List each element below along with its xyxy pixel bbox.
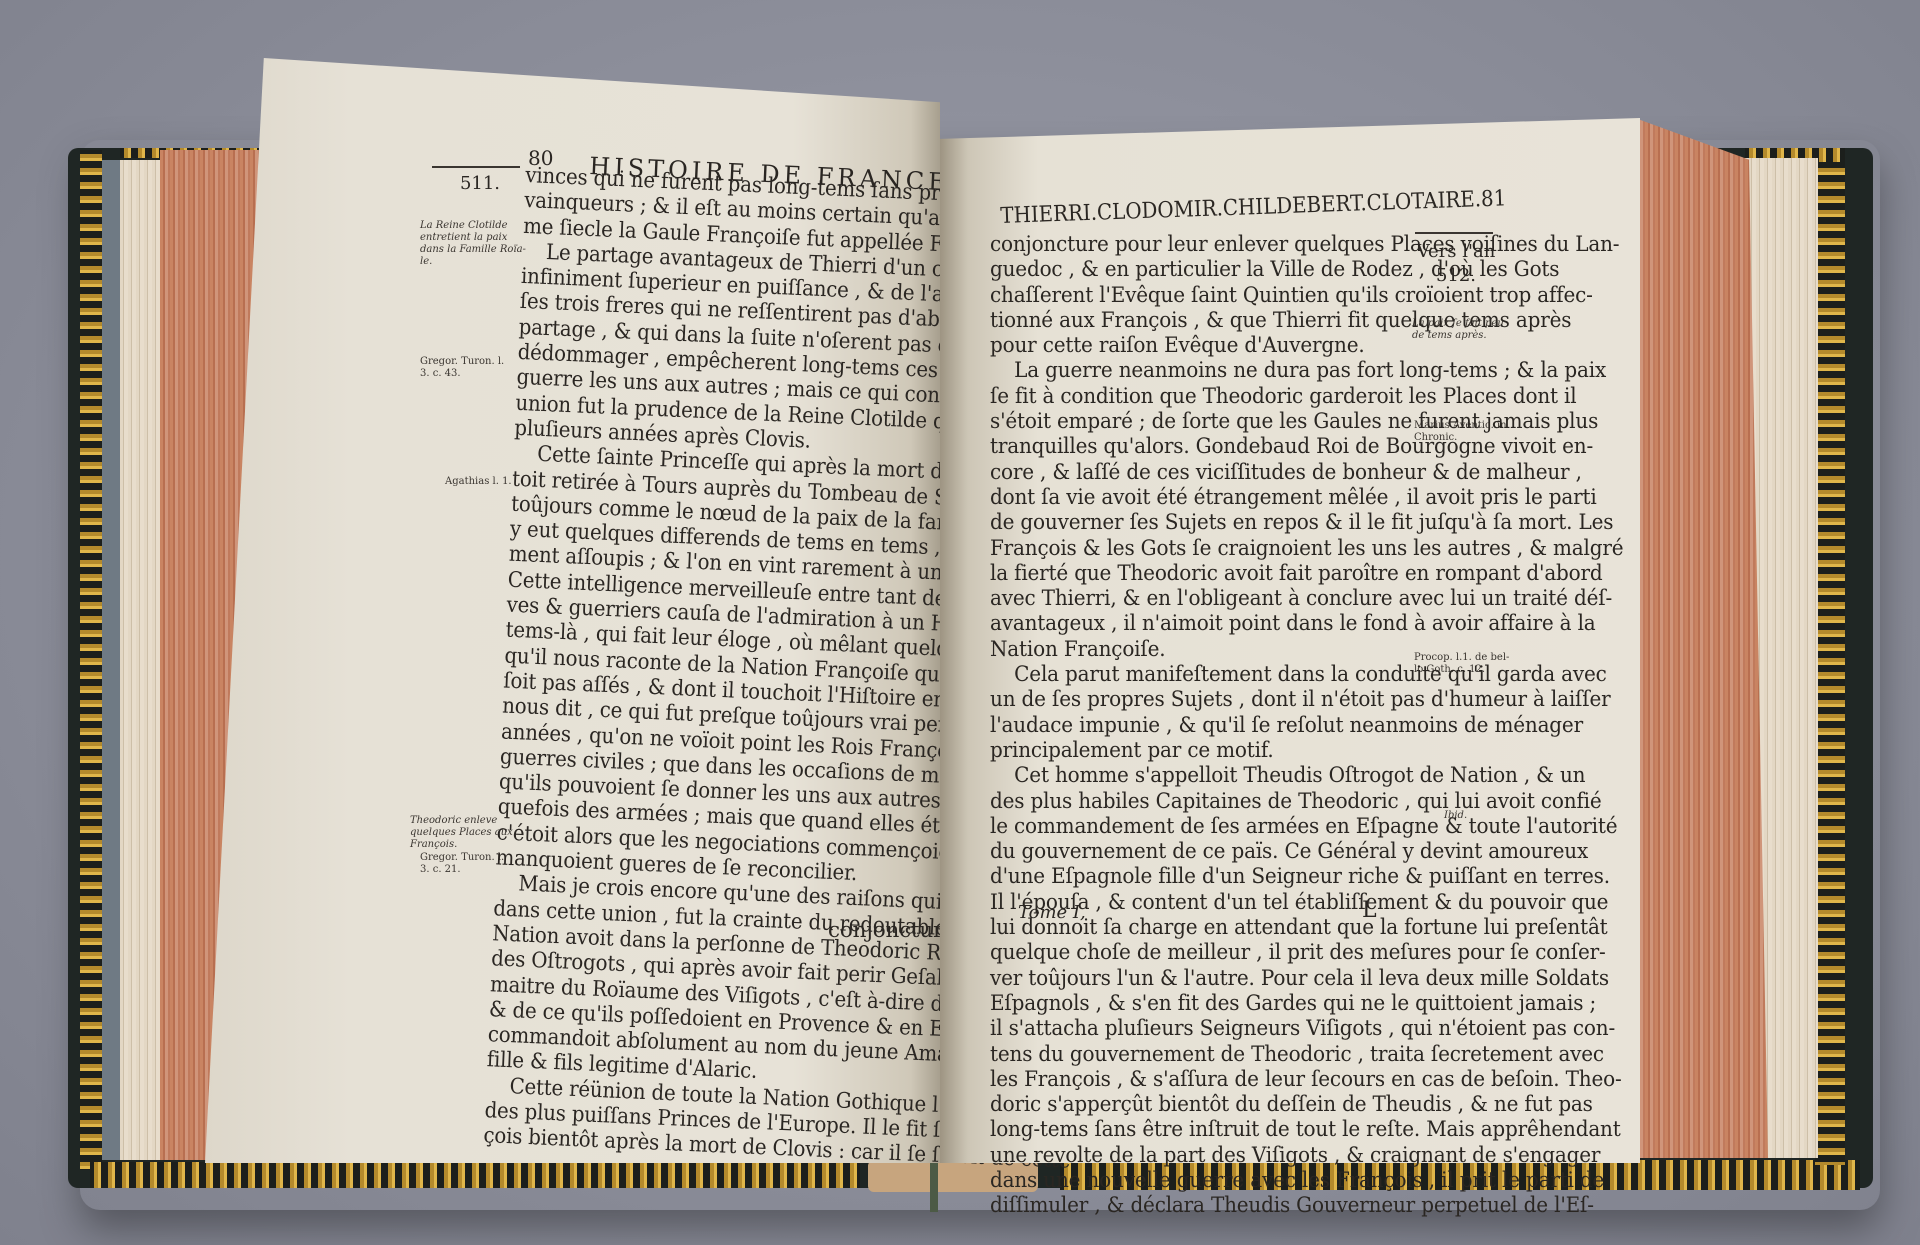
text-line: conjoncture pour leur enlever quelques P…: [990, 232, 1399, 257]
left-margin-note-2: Gregor. Turon. l. 3. c. 43.: [420, 356, 504, 380]
text-line: Cet homme s'appelloit Theudis Oſtrogot d…: [990, 763, 1399, 788]
right-page-body: conjoncture pour leur enlever quelques P…: [990, 232, 1399, 1219]
text-line: La guerre neanmoins ne dura pas fort lon…: [990, 358, 1399, 383]
text-line: s'étoit emparé ; de ſorte que les Gaules…: [990, 409, 1399, 434]
left-margin-note-3: Agathias l. 1.: [445, 476, 512, 488]
text-line: Nation Françoiſe.: [990, 637, 1399, 662]
text-line: doric s'apperçût bientôt du deſſein de T…: [990, 1092, 1399, 1117]
text-line: tens du gouvernement de Theodoric , trai…: [990, 1042, 1399, 1067]
text-line: François & les Gots ſe craignoient les u…: [990, 536, 1399, 561]
text-line: diſſimuler , & déclara Theudis Gouverneu…: [990, 1193, 1399, 1218]
left-gilt-border: [80, 150, 102, 1170]
bottom-gilt-border-left: [90, 1162, 860, 1188]
left-margin-note-1: La Reine Clotilde entretient la paix dan…: [420, 220, 526, 268]
text-line: un de ſes propres Sujets , dont il n'éto…: [990, 687, 1399, 712]
left-margin-note-5: Gregor. Turon. l. 3. c. 21.: [420, 852, 504, 876]
left-year: 511.: [440, 172, 520, 196]
text-line: long-tems ſans être inſtruit de tout le …: [990, 1117, 1399, 1142]
text-line: guedoc , & en particulier la Ville de Ro…: [990, 257, 1399, 282]
text-line: pour cette raiſon Evêque d'Auvergne.: [990, 333, 1399, 358]
text-line: l'audace impunie , & qu'il ſe reſolut ne…: [990, 713, 1399, 738]
right-gilt-border: [1815, 150, 1845, 1165]
left-endpaper: [102, 160, 120, 1160]
text-line: ſe fit à condition que Theodoric gardero…: [990, 384, 1399, 409]
text-line: d'une Eſpagnole fille d'un Seigneur rich…: [990, 864, 1399, 889]
text-line: Cela parut manifeſtement dans la conduit…: [990, 662, 1399, 687]
text-line: core , & laſſé de ces viciſſitudes de bo…: [990, 460, 1399, 485]
text-line: avec Thierri, & en l'obligeant à conclur…: [990, 586, 1399, 611]
text-line: ver toûjours l'un & l'autre. Pour cela i…: [990, 966, 1399, 991]
text-line: les François , & s'aſſura de leur ſecour…: [990, 1067, 1399, 1092]
text-line: Eſpagnols , & s'en fit des Gardes qui ne…: [990, 991, 1399, 1016]
text-line: de gouverner ſes Sujets en repos & il le…: [990, 510, 1399, 535]
text-line: le commandement de ſes armées en Eſpagne…: [990, 814, 1399, 839]
text-line: quelque choſe de meilleur , il prit des …: [990, 940, 1399, 965]
text-line: il s'attacha pluſieurs Seigneurs Viſigot…: [990, 1016, 1399, 1041]
text-line: tranquilles qu'alors. Gondebaud Roi de B…: [990, 434, 1399, 459]
text-line: une revolte de la part des Viſigots , & …: [990, 1143, 1399, 1168]
signature-mark: L: [1362, 898, 1377, 923]
text-line: dans une nouvelle guerre avec les Franço…: [990, 1168, 1399, 1193]
right-page-number: 81: [1481, 186, 1507, 212]
text-line: des plus habiles Capitaines de Theodoric…: [990, 789, 1399, 814]
footer-volume: Tome I,: [1018, 902, 1086, 923]
text-line: principalement par ce motif.: [990, 738, 1399, 763]
left-page-body: vinces qui ne furent pas long-tems ſans …: [483, 163, 890, 1165]
left-catchword: conjoncture: [828, 918, 956, 943]
left-year-rule: [432, 166, 520, 168]
text-line: avantageux , il n'aimoit point dans le f…: [990, 611, 1399, 636]
text-line: tionné aux François , & que Thierri fit …: [990, 308, 1399, 333]
text-line: la fierté que Theodoric avoit fait paroî…: [990, 561, 1399, 586]
text-line: dont ſa vie avoit été étrangement mêlée …: [990, 485, 1399, 510]
text-line: du gouvernement de ce païs. Ce Général y…: [990, 839, 1399, 864]
text-line: chaſſerent l'Evêque ſaint Quintien qu'il…: [990, 283, 1399, 308]
